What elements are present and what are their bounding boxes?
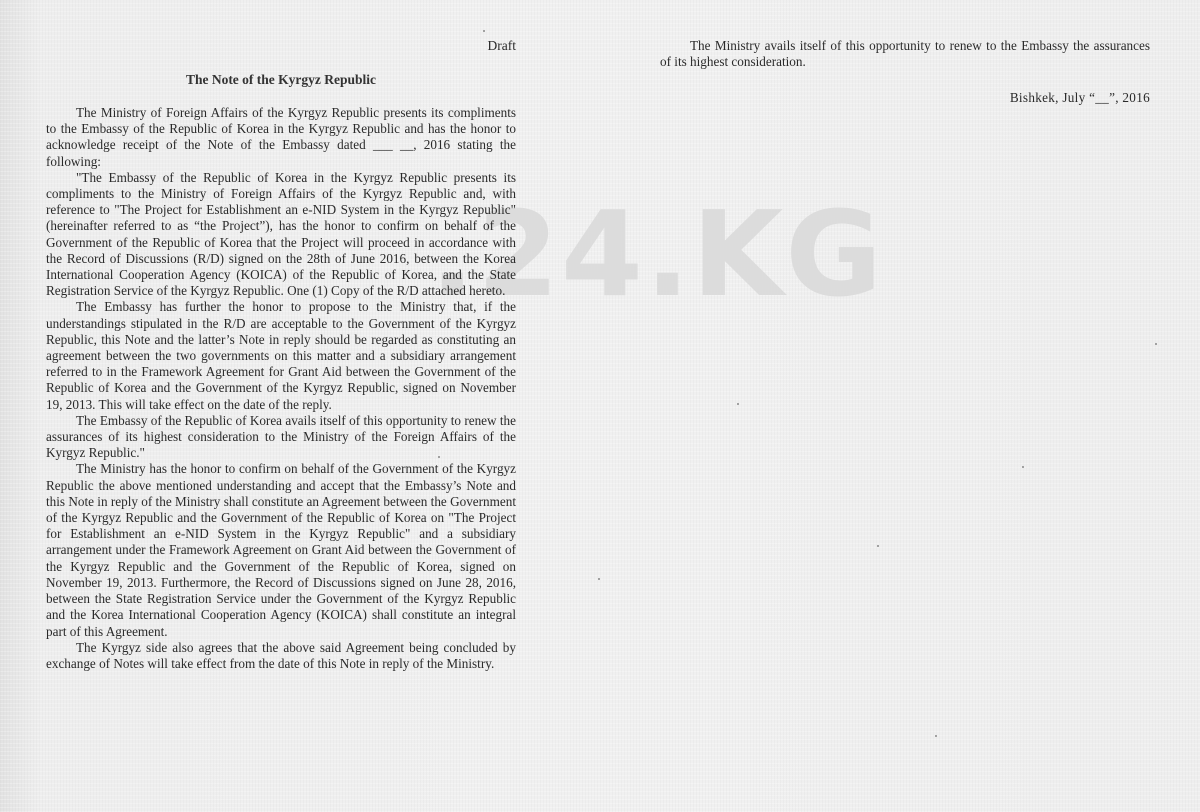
closing-text: The Ministry avails itself of this oppor… [660, 38, 1150, 70]
paragraph-ministry-confirmation: The Ministry has the honor to confirm on… [46, 461, 516, 639]
note-title: The Note of the Kyrgyz Republic [46, 72, 516, 88]
place-date: Bishkek, July “__”, 2016 [1010, 90, 1150, 106]
right-page: The Ministry avails itself of this oppor… [660, 0, 1150, 812]
left-page: Draft The Note of the Kyrgyz Republic Th… [46, 0, 516, 812]
paragraph-embassy-note: "The Embassy of the Republic of Korea in… [46, 170, 516, 300]
scan-speck [438, 456, 440, 458]
scan-speck [737, 403, 739, 405]
scan-speck [483, 30, 485, 32]
paragraph-effect: The Kyrgyz side also agrees that the abo… [46, 640, 516, 672]
draft-label: Draft [488, 38, 516, 54]
scan-speck [935, 735, 937, 737]
paragraph-ministry-closing: The Ministry avails itself of this oppor… [660, 38, 1150, 70]
paragraph-proposal: The Embassy has further the honor to pro… [46, 299, 516, 412]
scan-speck [1022, 466, 1024, 468]
scan-speck [877, 545, 879, 547]
scan-speck [1155, 343, 1157, 345]
note-body: The Ministry of Foreign Affairs of the K… [46, 105, 516, 672]
paragraph-intro: The Ministry of Foreign Affairs of the K… [46, 105, 516, 170]
paragraph-embassy-closing: The Embassy of the Republic of Korea ava… [46, 413, 516, 462]
scan-speck [598, 578, 600, 580]
